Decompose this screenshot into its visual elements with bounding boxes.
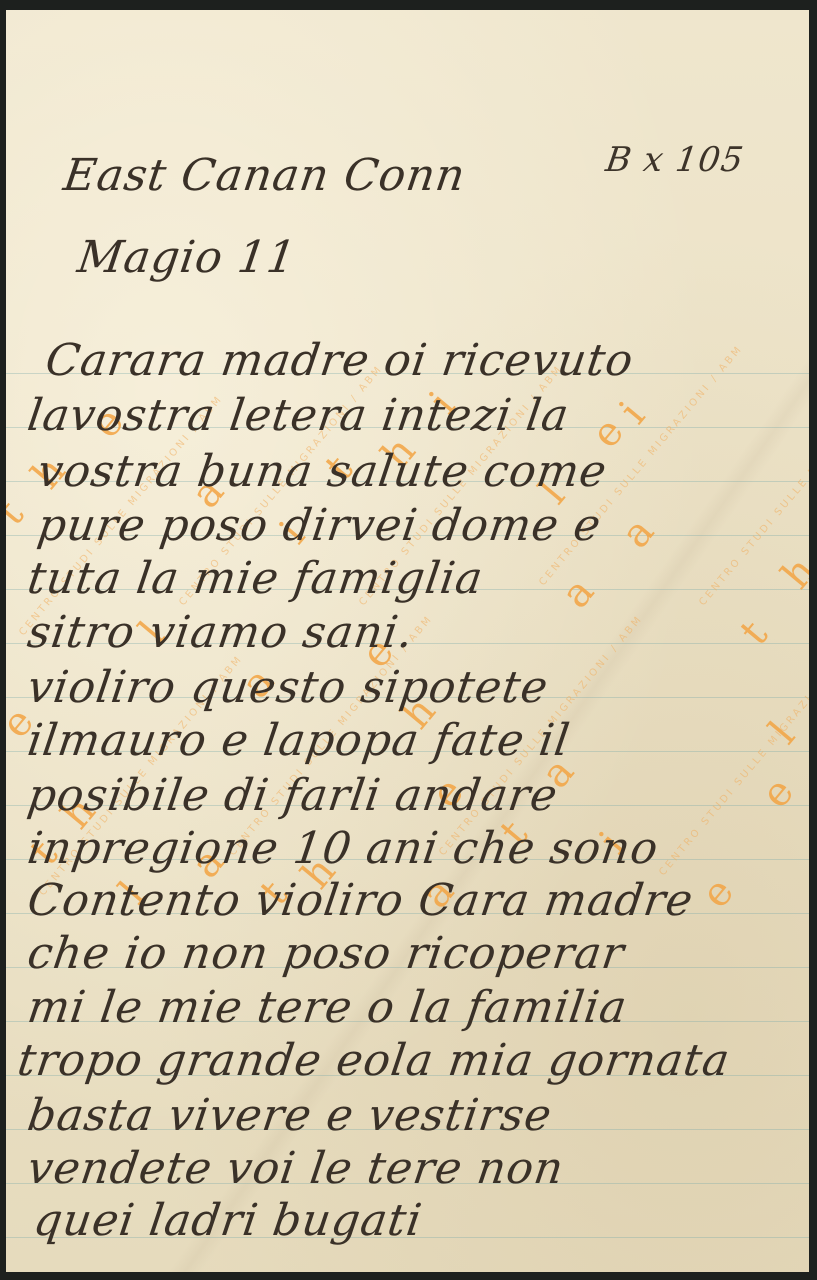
letter-line: lavostra letera intezi la [24, 390, 572, 441]
letter-line: basta vivere e vestirse [24, 1090, 555, 1141]
letter-line: Carara madre oi ricevuto [42, 335, 636, 386]
letter-line: inpregione 10 ani che sono [24, 823, 661, 874]
letter-line: mi le mie tere o la familia [24, 982, 630, 1033]
letter-line: ilmauro e lapopa fate il [24, 715, 573, 766]
watermark-letter: t [6, 492, 33, 534]
letter-line: tropo grande eola mia gornata [14, 1035, 733, 1086]
watermark-letter: e [753, 769, 803, 817]
letter-line: tuta la mie famiglia [24, 553, 486, 604]
letter-line: vendete voi le tere non [24, 1143, 567, 1194]
letter-line: quei ladri bugati [30, 1195, 425, 1246]
letter-page: t h e a i t h i l e i a a t h l a e h e … [6, 10, 809, 1272]
letter-line: posibile di farli andare [24, 770, 561, 821]
letter-date: Magio 11 [74, 232, 299, 283]
letter-line: Contento violiro Cara madre [24, 875, 696, 926]
letter-line: vostra buna salute come [34, 446, 610, 497]
letter-line: che io non poso ricoperar [24, 928, 627, 979]
watermark-letter: a [553, 569, 604, 617]
letter-line: pure poso dirvei dome e [34, 500, 604, 551]
letter-line: sitro viamo sani. [24, 607, 417, 658]
watermark-letter: a [613, 509, 664, 557]
watermark-text: CENTRO STUDI SULLE MIGRAZIONI / ABM [657, 633, 809, 878]
archive-reference: B x 105 [603, 140, 746, 180]
watermark-letter: t [731, 612, 777, 654]
letter-place: East Canan Conn [60, 150, 468, 201]
watermark-letter: h [773, 548, 809, 597]
watermark-letter: e [693, 869, 743, 917]
letter-line: violiro questo sipotete [24, 662, 551, 713]
